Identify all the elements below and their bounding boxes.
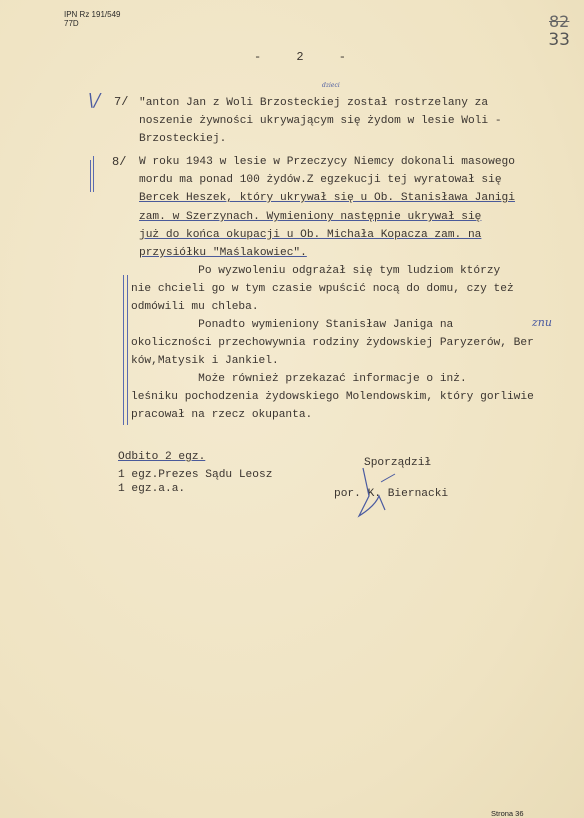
para2-line3: ków,Matysik i Jankiel. — [131, 354, 279, 368]
para1-line2: nie chcieli go w tym czasie wpuścić nocą… — [131, 282, 514, 296]
signature-scribble-icon — [355, 466, 405, 522]
distribution-line1: 1 egz.Prezes Sądu Leosz — [118, 468, 272, 482]
margin-bracket-right — [127, 275, 128, 425]
item8-line4: zam. w Szerzynach. Wymieniony następnie … — [139, 210, 481, 224]
check-mark-7: \/ — [88, 90, 100, 111]
para2-line1: Ponadto wymieniony Stanisław Janiga na — [131, 318, 453, 332]
page-number: - 2 - — [254, 50, 360, 64]
folio-crossed: 82 — [548, 14, 570, 30]
document-page: IPN Rz 191/549 77D 82 33 - 2 - \/ 7/ dzi… — [0, 0, 584, 818]
item-marker-7: 7/ — [114, 95, 128, 109]
margin-mark-8b — [93, 156, 94, 192]
para3-line3: pracował na rzecz okupanta. — [131, 408, 312, 422]
margin-bracket-left — [123, 275, 124, 425]
item8-line1: W roku 1943 w lesie w Przeczycy Niemcy d… — [139, 155, 515, 169]
archive-ref-line2: 77D — [64, 19, 120, 28]
item8-line3: Bercek Heszek, który ukrywał się u Ob. S… — [139, 191, 515, 205]
item8-line2: mordu ma ponad 100 żydów.Z egzekucji tej… — [139, 173, 502, 187]
para2-line2: okoliczności przechowywnia rodziny żydow… — [131, 336, 534, 350]
para3-line1: Może również przekazać informacje o inż. — [131, 372, 467, 386]
para1-line1: Po wyzwoleniu odgrażał się tym ludziom k… — [131, 264, 500, 278]
distribution-line2: 1 egz.a.a. — [118, 482, 185, 496]
folio-current: 33 — [548, 30, 570, 50]
item7-line1: "anton Jan z Woli Brzosteckiej został ro… — [139, 96, 488, 110]
para3-line2: leśniku pochodzenia żydowskiego Molendow… — [131, 390, 534, 404]
distribution-title: Odbito 2 egz. — [118, 450, 205, 464]
item7-line3: Brzosteckiej. — [139, 132, 226, 146]
handwritten-note-znu: znu — [532, 316, 552, 329]
margin-mark-8 — [90, 160, 91, 192]
item-marker-8: 8/ — [112, 155, 126, 169]
handwritten-note-dzieci: dzieci — [322, 82, 340, 89]
archive-reference: IPN Rz 191/549 77D — [64, 10, 120, 28]
item8-line5: już do końca okupacji u Ob. Michała Kopa… — [139, 228, 481, 242]
item7-line2: noszenie żywności ukrywającym się żydom … — [139, 114, 502, 128]
para1-line3: odmówili mu chleba. — [131, 300, 259, 314]
item8-line6: przysiółku "Maślakowiec". — [139, 246, 307, 260]
page-footer: Strona 36 — [491, 809, 524, 818]
folio-number: 82 33 — [548, 14, 570, 50]
archive-ref-line1: IPN Rz 191/549 — [64, 10, 120, 19]
